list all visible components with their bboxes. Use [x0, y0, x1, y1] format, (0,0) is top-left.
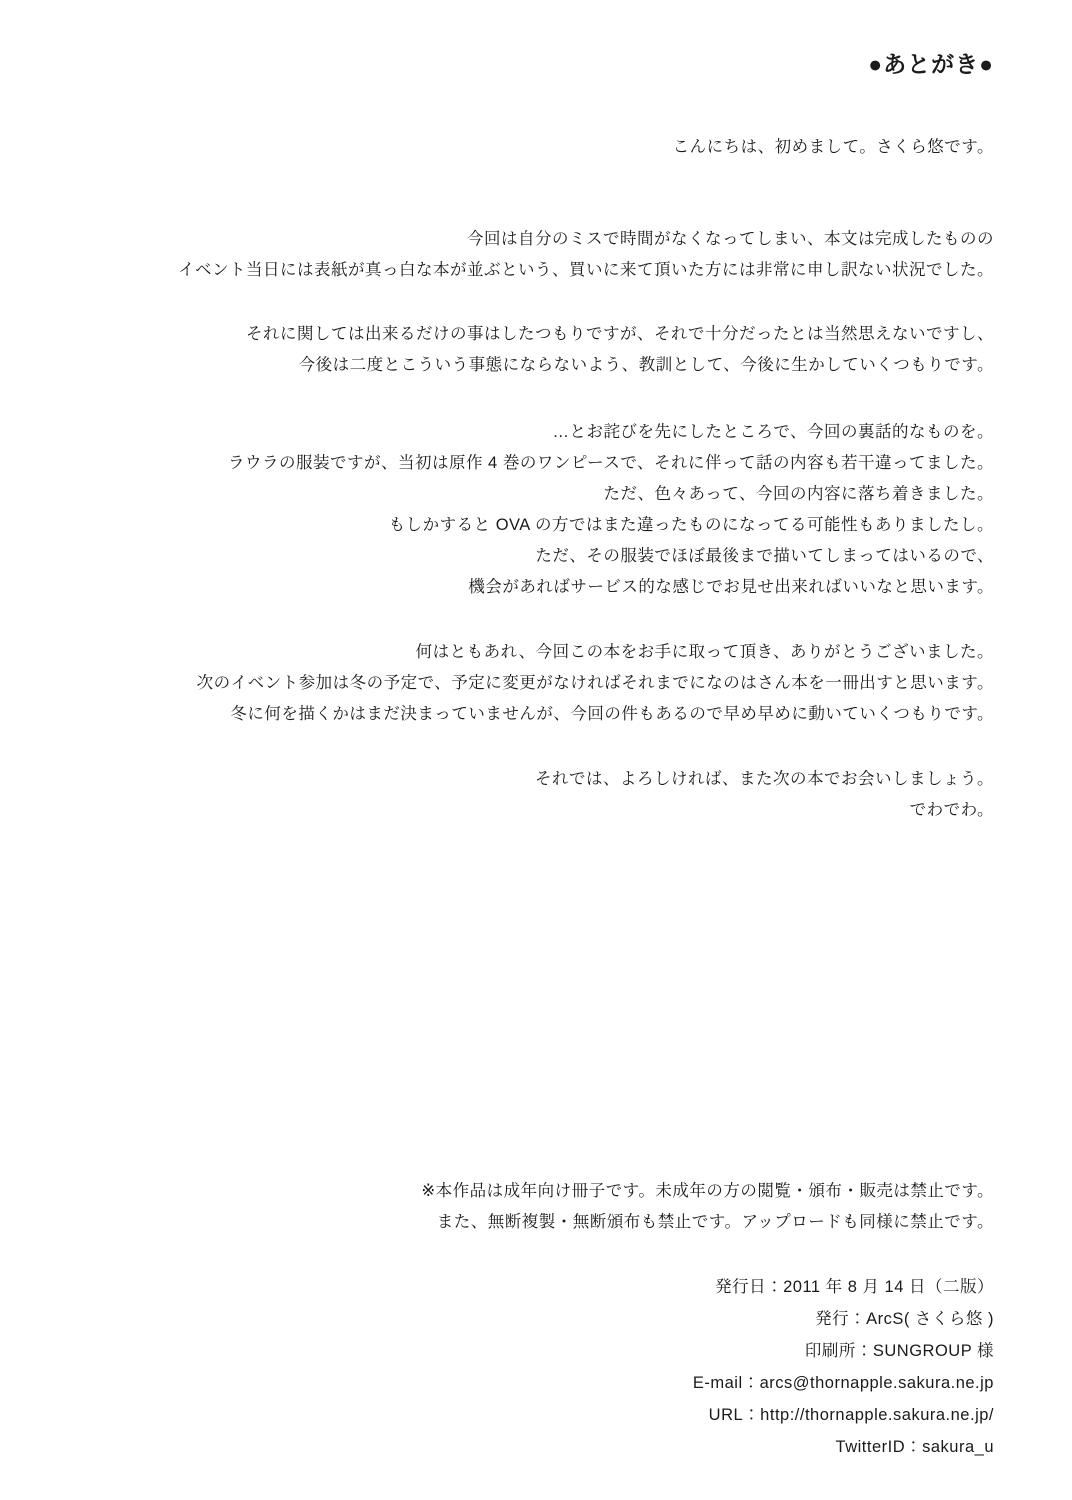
- text-line: でわでわ。: [40, 795, 994, 826]
- text-line: イベント当日には表紙が真っ白な本が並ぶという、買いに来て頂いた方には非常に申し訳…: [40, 255, 994, 286]
- email-address: E-mail：arcs@thornapple.sakura.ne.jp: [40, 1367, 994, 1399]
- text-line: それに関しては出来るだけの事はしたつもりですが、それで十分だったとは当然思えない…: [40, 319, 994, 350]
- text-line: ただ、色々あって、今回の内容に落ち着きました。: [40, 479, 994, 510]
- afterword-page: ●あとがき● こんにちは、初めまして。さくら悠です。 今回は自分のミスで時間がな…: [0, 0, 1072, 1500]
- greeting-line: こんにちは、初めまして。さくら悠です。: [40, 132, 994, 163]
- adult-content-notice: ※本作品は成年向け冊子です。未成年の方の閲覧・頒布・販売は禁止です。 また、無断…: [40, 1176, 994, 1238]
- printer: 印刷所：SUNGROUP 様: [40, 1335, 994, 1367]
- paragraph-thanks-next-event: 何はともあれ、今回この本をお手に取って頂き、ありがとうございました。 次のイベン…: [40, 637, 994, 730]
- text-line: ラウラの服装ですが、当初は原作 4 巻のワンピースで、それに伴って話の内容も若干…: [40, 448, 994, 479]
- notice-line: また、無断複製・無断頒布も禁止です。アップロードも同様に禁止です。: [40, 1207, 994, 1238]
- text-line: 何はともあれ、今回この本をお手に取って頂き、ありがとうございました。: [40, 637, 994, 668]
- text-line: 次のイベント参加は冬の予定で、予定に変更がなければそれまでになのはさん本を一冊出…: [40, 668, 994, 699]
- text-line: 今回は自分のミスで時間がなくなってしまい、本文は完成したものの: [40, 224, 994, 255]
- notice-line: ※本作品は成年向け冊子です。未成年の方の閲覧・頒布・販売は禁止です。: [40, 1176, 994, 1207]
- text-line: それでは、よろしければ、また次の本でお会いしましょう。: [40, 764, 994, 795]
- text-line: 冬に何を描くかはまだ決まっていませんが、今回の件もあるので早め早めに動いていくつ…: [40, 699, 994, 730]
- colophon: 発行日：2011 年 8 月 14 日（二版） 発行：ArcS( さくら悠 ) …: [40, 1271, 994, 1463]
- twitter-id: TwitterID：sakura_u: [40, 1431, 994, 1463]
- website-url: URL：http://thornapple.sakura.ne.jp/: [40, 1399, 994, 1431]
- paragraph-lesson: それに関しては出来るだけの事はしたつもりですが、それで十分だったとは当然思えない…: [40, 319, 994, 381]
- greeting-paragraph: こんにちは、初めまして。さくら悠です。: [40, 132, 994, 163]
- paragraph-behind-story: …とお詫びを先にしたところで、今回の裏話的なものを。 ラウラの服装ですが、当初は…: [40, 417, 994, 603]
- text-line: 今後は二度とこういう事態にならないよう、教訓として、今後に生かしていくつもりです…: [40, 350, 994, 381]
- paragraph-farewell: それでは、よろしければ、また次の本でお会いしましょう。 でわでわ。: [40, 764, 994, 826]
- publisher: 発行：ArcS( さくら悠 ): [40, 1303, 994, 1335]
- paragraph-apology-intro: 今回は自分のミスで時間がなくなってしまい、本文は完成したものの イベント当日には…: [40, 224, 994, 286]
- publication-date: 発行日：2011 年 8 月 14 日（二版）: [40, 1271, 994, 1303]
- text-line: もしかすると OVA の方ではまた違ったものになってる可能性もありましたし。: [40, 510, 994, 541]
- text-line: 機会があればサービス的な感じでお見せ出来ればいいなと思います。: [40, 572, 994, 603]
- text-line: ただ、その服装でほぼ最後まで描いてしまってはいるので、: [40, 541, 994, 572]
- text-line: …とお詫びを先にしたところで、今回の裏話的なものを。: [40, 417, 994, 448]
- page-title: ●あとがき●: [40, 48, 994, 80]
